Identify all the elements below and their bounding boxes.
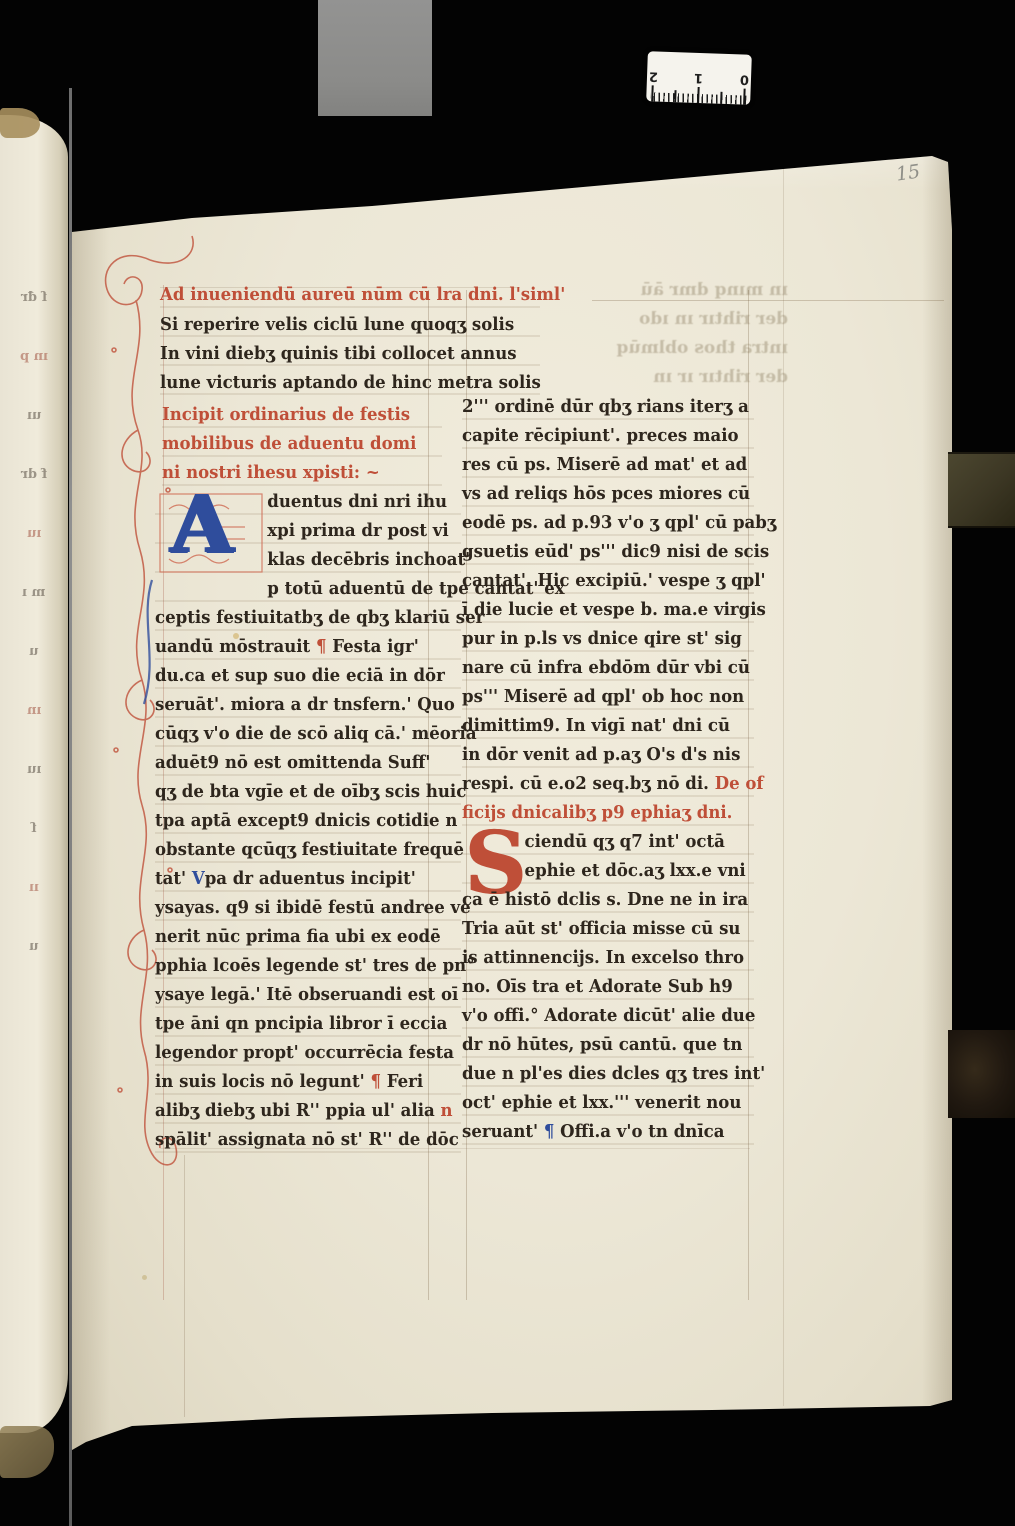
text-line: uandū mōstrauit ¶ Festa igr'	[155, 632, 437, 661]
facing-page-edge-strip: ſ đrın puıf drıum ıuınıuſııu	[0, 115, 68, 1433]
text-line: respi. cū e.o2 seq.bʒ nō di. De of	[462, 769, 731, 798]
header-block: Ad inueniendū aureū nūm cū lra dni. l'si…	[160, 280, 540, 397]
text-line: ephie et dōc.aʒ lxx.e vni	[462, 856, 731, 885]
text-segment: alibʒ diebʒ ubi R'' ppia ul' alia	[155, 1100, 440, 1121]
text-line: klas decēbris inchoat'	[155, 545, 437, 574]
text-line: der rihtır ın ıdo	[600, 305, 788, 334]
text-line: cūqʒ v'o die de scō aliq cā.' mēoria	[155, 719, 437, 748]
text-line: ī die lucie et vespe b. ma.e virgis	[462, 595, 731, 624]
right-column-upper: 2''' ordinē dūr qbʒ rians iterʒ acapite …	[462, 392, 754, 827]
book-cover-corner	[0, 1426, 54, 1478]
computus-verses: Si reperire velis ciclū lune quoqʒ solis…	[160, 310, 540, 397]
text-line: capite rēcipiunt'. preces maio	[462, 421, 731, 450]
ruler-tick-15mm	[674, 90, 676, 102]
text-segment: Festa igr'	[326, 636, 418, 657]
text-line: ıı	[29, 880, 39, 895]
text-line: du.ca et sup suo die eciā in dōr	[155, 661, 437, 690]
rubricated-segment: ¶	[316, 636, 327, 657]
text-line: ceptis festiuitatbʒ de qbʒ klariū ser	[155, 603, 437, 632]
text-line: tat' Vpa dr aduentus incipit'	[155, 864, 437, 893]
text-line: Si reperire velis ciclū lune quoqʒ solis	[160, 310, 510, 339]
text-line: legendor propt' occurrēcia festa	[155, 1038, 437, 1067]
text-line: m ı	[22, 585, 45, 600]
ruler-tick-5mm	[720, 92, 722, 104]
text-line: ps''' Miserē ad qpl' ob hoc non	[462, 682, 731, 711]
text-line: xpi prima dr post vi	[155, 516, 437, 545]
text-line: oct' ephie et lxx.''' venerit nou	[462, 1088, 731, 1117]
ruling-top-right	[592, 300, 944, 301]
text-line: ysayas. q9 si ibidē festū andree ve	[155, 893, 437, 922]
text-segment: Offi.a v'o tn dnīca	[554, 1121, 724, 1142]
text-line: in suis locis nō legunt' ¶ Feri	[155, 1067, 437, 1096]
text-line: ıu	[27, 762, 41, 777]
text-line: pur in p.ls vs dnice qire st' sig	[462, 624, 731, 653]
right-column-lower: S ciendū qʒ q7 int' octāephie et dōc.aʒ …	[462, 827, 754, 1146]
rubricated-segment: ¶	[544, 1121, 555, 1142]
rubricated-segment: De of	[715, 773, 764, 794]
text-line: nerit nūc prima fia ubi ex eodē	[155, 922, 437, 951]
text-line: obstante qcūqʒ festiuitate frequē	[155, 835, 437, 864]
text-line: is attinnencijs. In excelso thro	[462, 943, 731, 972]
text-line: tpe āni qn pncipia libror ī eccia	[155, 1009, 437, 1038]
text-line: vs ad reliqs hōs pces miores cū	[462, 479, 731, 508]
incipit-rubric: Incipit ordinarius de festismobilibus de…	[162, 400, 442, 487]
manuscript-page: 15 ın mınq dmr āūder rihtır ın ıdoıntra …	[72, 150, 952, 1450]
text-line: seruant' ¶ Offi.a v'o tn dnīca	[462, 1117, 731, 1146]
text-line: cantat'. Hic excipiū.' vespe ʒ qpl'	[462, 566, 731, 595]
text-line: u	[29, 644, 38, 659]
text-line: alibʒ diebʒ ubi R'' ppia ul' alia n	[155, 1096, 437, 1125]
damaged-page-corner	[0, 108, 40, 138]
text-line: Incipit ordinarius de festis	[162, 400, 420, 429]
text-line: nare cū infra ebdōm dūr vbi cū	[462, 653, 731, 682]
text-line: ın	[27, 703, 41, 718]
text-segment: seruant'	[462, 1121, 544, 1142]
text-segment: in suis locis nō legunt'	[155, 1071, 370, 1092]
text-line: lune victuris aptando de hinc metra soli…	[160, 368, 510, 397]
ruler-label-2: 2	[649, 68, 659, 83]
ruling-far-right	[783, 162, 784, 1406]
text-segment: uandū mōstrauit	[155, 636, 316, 657]
left-column-body: A duentus dni nri ihuxpi prima dr post v…	[155, 487, 461, 1154]
text-segment: pa dr aduentus incipit'	[205, 868, 416, 889]
text-line: ın p	[20, 349, 48, 364]
text-line: in dōr venit ad p.aʒ O's d's nis	[462, 740, 731, 769]
text-segment: tat'	[155, 868, 192, 889]
text-line: mobilibus de aduentu domi	[162, 429, 420, 458]
text-line: ca ē histō dclis s. Dne ne in ira	[462, 885, 731, 914]
rubricated-segment: V	[192, 868, 205, 889]
text-line: res cū ps. Miserē ad mat' et ad	[462, 450, 731, 479]
text-line: In vini diebʒ quinis tibi collocet annus	[160, 339, 510, 368]
text-line: dimittim9. In vigī nat' dni cū	[462, 711, 731, 740]
text-line: Tria aūt st' officia misse cū su	[462, 914, 731, 943]
text-line: due n pl'es dies dcles qʒ tres int'	[462, 1059, 731, 1088]
text-line: no. Oīs tra et Adorate Sub h9	[462, 972, 731, 1001]
binding-clasp-upper	[948, 452, 1015, 528]
centimeter-ruler: 0 1 2	[646, 51, 752, 105]
parchment-stain	[142, 1275, 147, 1280]
text-segment: respi. cū e.o2 seq.bʒ nō di.	[462, 773, 715, 794]
rubricated-segment: n	[440, 1100, 452, 1121]
page-edge-divider-line	[69, 88, 72, 1526]
text-line: ıu	[27, 526, 41, 541]
parchment-stain	[233, 633, 239, 639]
text-line: ciendū qʒ q7 int' octā	[462, 827, 731, 856]
binding-clasp-lower	[948, 1030, 1015, 1118]
text-line: ysaye legā.' Itē obseruandi est oī	[155, 980, 437, 1009]
manuscript-photograph: ſ đrın puıf drıum ıuınıuſııu 0 1 2 15 ın…	[0, 0, 1015, 1526]
text-line: duentus dni nri ihu	[155, 487, 437, 516]
text-line: gsuetis eūd' ps''' dic9 nisi de scis	[462, 537, 731, 566]
text-line: u	[29, 939, 38, 954]
ruler-label-1: 1	[694, 70, 704, 85]
text-segment: Feri	[381, 1071, 423, 1092]
text-line: ıntra thos oblmūq	[600, 334, 788, 363]
text-line: spālit' assignata nō st' R'' de dōc	[155, 1125, 437, 1154]
text-line: p totū aduentū de tpe cantat' ex	[155, 574, 437, 603]
text-line: tpa aptā except9 dnicis cotidie n	[155, 806, 437, 835]
gray-tab: 0 1 2	[318, 0, 432, 116]
text-line: eodē ps. ad p.93 v'o ʒ qpl' cū pabʒ	[462, 508, 731, 537]
text-line: ſ đr	[21, 290, 47, 305]
text-line: qʒ de bta vgīe et de oībʒ scis huic	[155, 777, 437, 806]
text-line: 2''' ordinē dūr qbʒ rians iterʒ a	[462, 392, 731, 421]
text-line: pphia lcoēs legende st' tres de pn°	[155, 951, 437, 980]
show-through-text: ın mınq dmr āūder rihtır ın ıdoıntra tho…	[600, 276, 788, 392]
text-line: uı	[27, 408, 41, 423]
text-line: ſ	[31, 821, 37, 836]
text-line: f dr	[21, 467, 47, 482]
folio-number: 15	[895, 160, 922, 185]
text-line: der rihtır ır ın	[600, 363, 788, 392]
rubricated-segment: ¶	[370, 1071, 381, 1092]
computus-rubric: Ad inueniendū aureū nūm cū lra dni. l'si…	[160, 280, 510, 310]
text-line: seruāt'. miora a dr tnsfern.' Quo	[155, 690, 437, 719]
text-line: dr nō hūtes, psū cantū. que tn	[462, 1030, 731, 1059]
ruler-label-0: 0	[740, 71, 750, 86]
text-line: aduēt9 nō est omittenda Suff'	[155, 748, 437, 777]
text-line: v'o offi.° Adorate dicūt' alie due	[462, 1001, 731, 1030]
